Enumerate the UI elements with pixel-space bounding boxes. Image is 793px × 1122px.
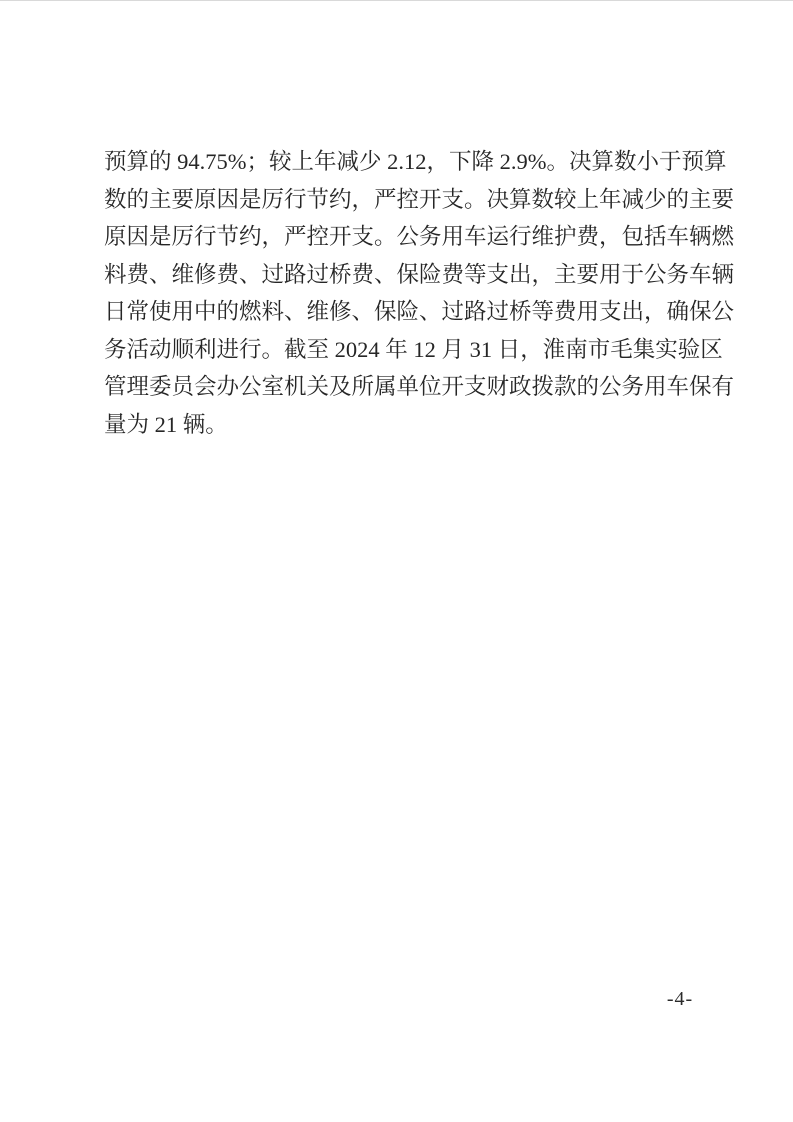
paragraph-line: 原因是厉行节约，严控开支。公务用车运行维护费，包括车辆燃 bbox=[104, 218, 698, 256]
paragraph-line: 数的主要原因是厉行节约，严控开支。决算数较上年减少的主要 bbox=[104, 181, 698, 219]
paragraph-line: 料费、维修费、过路过桥费、保险费等支出，主要用于公务车辆 bbox=[104, 256, 698, 294]
paragraph-line: 日常使用中的燃料、维修、保险、过路过桥等费用支出，确保公 bbox=[104, 293, 698, 331]
page-number: -4- bbox=[650, 986, 710, 1012]
paragraph-line: 预算的 94.75%；较上年减少 2.12，下降 2.9%。决算数小于预算 bbox=[104, 143, 698, 181]
scan-edge-line bbox=[0, 0, 793, 1]
body-paragraph: 预算的 94.75%；较上年减少 2.12，下降 2.9%。决算数小于预算 数的… bbox=[104, 143, 698, 443]
paragraph-line: 务活动顺利进行。截至 2024 年 12 月 31 日，淮南市毛集实验区 bbox=[104, 331, 698, 369]
paragraph-line: 量为 21 辆。 bbox=[104, 406, 698, 444]
document-page: 预算的 94.75%；较上年减少 2.12，下降 2.9%。决算数小于预算 数的… bbox=[0, 0, 793, 1122]
paragraph-line: 管理委员会办公室机关及所属单位开支财政拨款的公务用车保有 bbox=[104, 368, 698, 406]
